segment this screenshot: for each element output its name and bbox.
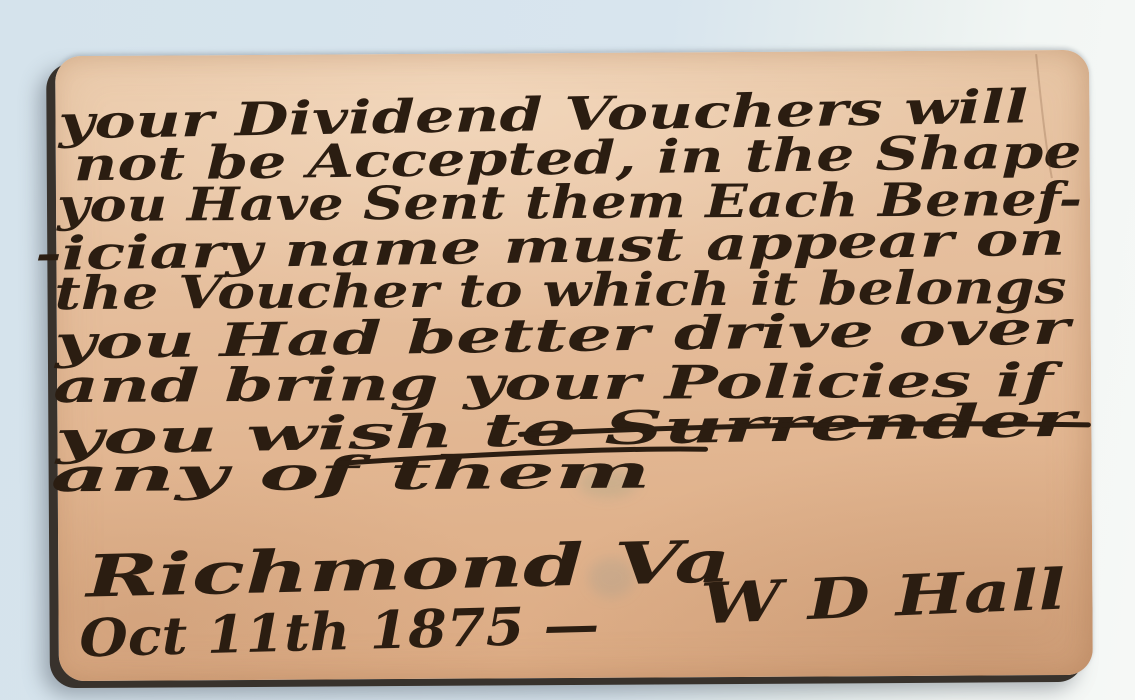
postcard: your Dividend Vouchers will not be Accep… [55, 50, 1093, 681]
signature: W D Hall [700, 556, 1067, 637]
photo-background: your Dividend Vouchers will not be Accep… [0, 0, 1135, 700]
place-line: Richmond Va [82, 527, 731, 610]
date-line: Oct 11th 1875 — [79, 594, 600, 669]
handwriting-layer: your Dividend Vouchers will not be Accep… [55, 50, 1093, 681]
